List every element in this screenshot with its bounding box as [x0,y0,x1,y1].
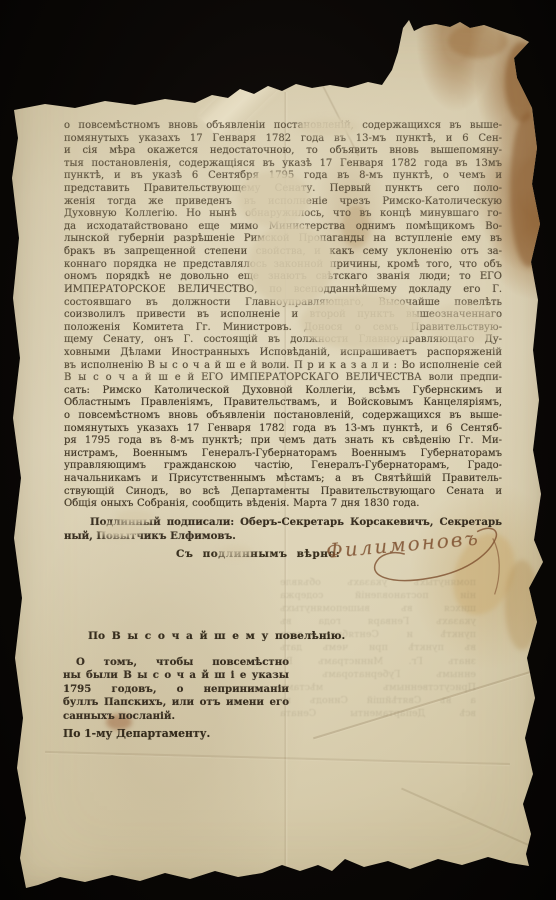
fade-damage [238,171,310,227]
decree-body-line: В ы с о ч а й ш е й ЕГО ИМПЕРАТОРСКАГО В… [64,372,502,385]
section-heading: По В ы с о ч а й ш е м у повелѣнію. [88,630,345,642]
pencil-mark [28,46,84,88]
bleedthrough-line: въ пунктѣ при чемъ дать [280,641,476,654]
fold-crease [45,751,510,765]
stain [505,42,539,122]
stain [510,112,548,267]
fade-damage [425,303,500,345]
department-note: По 1-му Департаменту. [63,727,210,740]
decree-body-line: ря 1795 года въ 8-мъ пунктѣ; при чемъ да… [64,435,502,448]
decree-body-line: и сія мѣра окажется недостаточною, то об… [64,145,502,158]
decree-body-line: въ исполненію В ы с о ч а й ш е й воли. … [64,360,502,373]
summary-line: 1795 годовъ, о неприниманіи никакихъ [63,683,289,696]
bleedthrough-line: указахъ Генваря года въ [280,615,476,628]
decree-body-line: нистрамъ, Военнымъ Генералъ-Губернаторам… [64,448,502,461]
fade-damage [218,545,252,559]
summary-line: буллъ Папскихъ, или отъ имени его пи- [63,696,289,709]
decree-body-line: сать: Римско Католической Духовной Колле… [64,385,502,398]
certification-label: Съ подлиннымъ вѣрно: [176,548,340,560]
decree-body-line: о повсемѣстномъ вновь объявленіи постано… [64,120,502,133]
ink-scribble [283,28,335,48]
handwritten-signature: Филимоновъ [318,513,540,621]
bleedthrough-line: всѣ Департаменты Сената [280,707,476,720]
summary-line: ны были В ы с о ч а й ш і е указы 1782 и [63,669,289,682]
decree-body-line: о повсемѣстномъ вновь объявленіи постано… [64,410,502,423]
fold-crease [401,788,539,851]
decree-body-line: Общія оныхъ Собранія, сообщить вѣденія. … [64,498,502,511]
decree-body-line: ствующій Синодъ, во всѣ Департаменты Пра… [64,486,502,499]
fade-damage [116,510,154,524]
photo-background: помянутыхъ указахъ объявленіи постановле… [0,0,556,900]
decree-body-line: начальникамъ и Присутственнымъ мѣстамъ; … [64,473,502,486]
fade-damage [248,224,334,306]
summary-line: санныхъ посланій. [63,710,289,723]
decree-body-line: помянутыхъ указахъ 17 Генваря 1782 года … [64,133,502,146]
bleedthrough-line: Присутственнымъ мѣстамъ [280,681,476,694]
decree-body-line: ховными Дѣлами Иностранныхъ Исповѣданій,… [64,347,502,360]
document-paper: помянутыхъ указахъ объявленіи постановле… [0,0,556,900]
decree-body-line: Областнымъ Правленіямъ, Правительствамъ,… [64,397,502,410]
decree-body-line: помянутыхъ указахъ 17 Генваря 1782 года … [64,423,502,436]
bleedthrough-line: еннымъ Губернаторамъ и [280,668,476,681]
fade-damage [98,524,142,538]
summary-paragraph: О томъ, чтобы повсемѣстно объявле-ны был… [63,656,289,723]
stain [448,24,508,58]
decree-body-line: тыя постановленія, содержащіяся въ указѣ… [64,158,502,171]
fade-damage [300,294,422,350]
decree-body-line: управляющимъ гражданскою частію, Генерал… [64,460,502,473]
signature-flourish [318,513,540,621]
summary-line: О томъ, чтобы повсемѣстно объявле- [63,656,289,669]
bleedthrough-line: а въ Святѣйшій Синодъ во [280,694,476,707]
fade-damage [298,118,360,136]
bleedthrough-line: знать Гг. Министрамъ Во [280,655,476,668]
